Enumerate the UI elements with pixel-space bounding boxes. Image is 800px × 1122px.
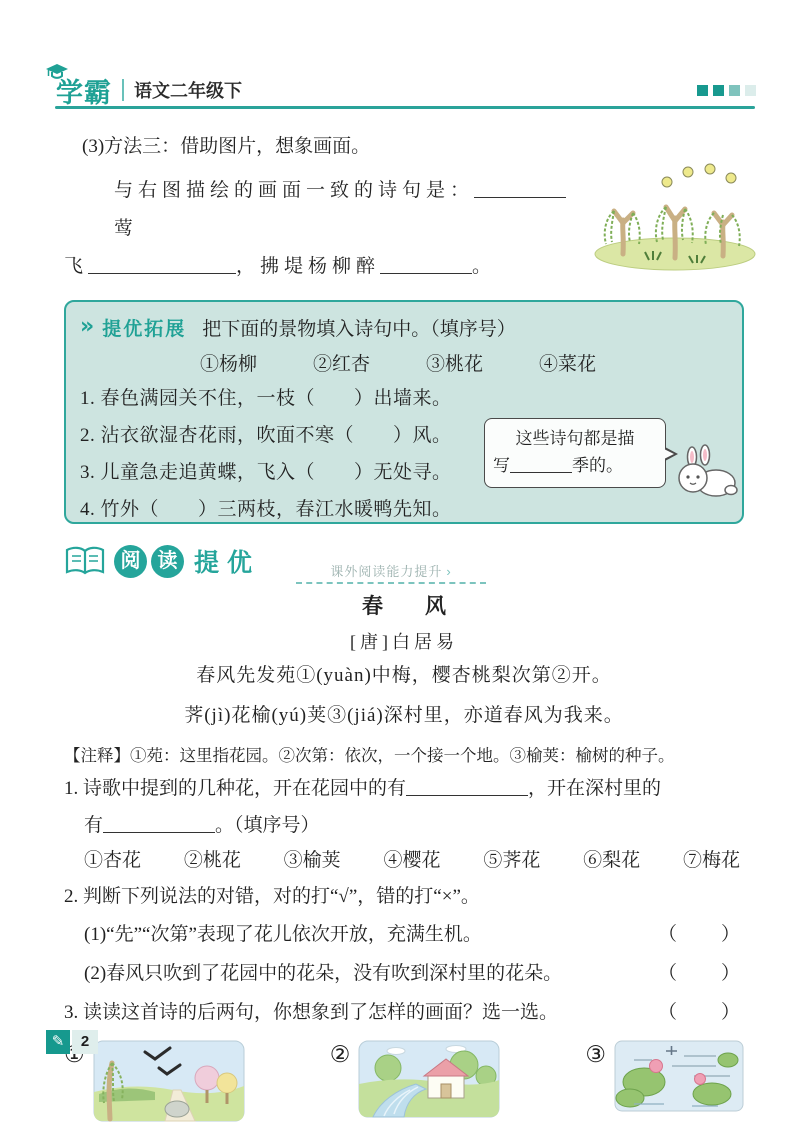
brand-logo: 学霸 语文二年级下 — [48, 71, 242, 110]
q2-heading: 2. 判断下列说法的对错，对的打“√”，错的打“×”。 — [64, 878, 744, 915]
page-header: 学霸 语文二年级下 — [48, 74, 756, 106]
exercise-item: 4. 竹外（ ）三两枝，春江水暖鸭先知。 — [80, 491, 728, 528]
option-item: ⑦梅花 — [683, 844, 740, 878]
brand-divider — [122, 79, 124, 101]
deco-square — [729, 85, 740, 96]
option-item: ①杏花 — [84, 844, 141, 878]
reading-circle-char: 读 — [151, 545, 184, 578]
question-3: 3. 读读这首诗的后两句，你想象到了怎样的画面？选一选。 （ ） ① — [64, 993, 744, 1122]
q1-line1: 1. 诗歌中提到的几种花，开在花园中的有，开在深村里的 — [64, 770, 744, 807]
lotus-pond-scene-image — [614, 1040, 744, 1112]
workbook-page: 学霸 语文二年级下 (3)方法三：借助图片，想象画面。 — [0, 0, 800, 1122]
tiyou-header-row: » 提优拓展 把下面的景物填入诗句中。（填序号） — [80, 310, 728, 344]
book-title: 语文二年级下 — [134, 77, 242, 103]
poem-line: 春风先发苑①(yuàn)中梅，樱杏桃梨次第②开。 — [64, 656, 744, 696]
question-text: 。（填序号） — [215, 815, 320, 836]
answer-blank — [474, 180, 566, 198]
willow-illustration — [587, 160, 762, 275]
answer-blank — [103, 815, 215, 833]
picture-choices: ① — [64, 1040, 744, 1122]
q1-options-row: ①杏花 ②桃花 ③榆荚 ④樱花 ⑤荠花 ⑥梨花 ⑦梅花 — [64, 844, 744, 878]
answer-blank — [406, 778, 528, 796]
deco-square — [745, 85, 756, 96]
reading-header-rest: 提优 — [194, 543, 260, 579]
tiyou-instruction: 把下面的景物填入诗句中。（填序号） — [202, 314, 516, 341]
deco-square — [713, 85, 724, 96]
choice-label: ③ — [585, 1040, 606, 1070]
answer-blank — [88, 256, 236, 274]
question-text: 3. 读读这首诗的后两句，你想象到了怎样的画面？选一选。 — [64, 993, 558, 1032]
pencil-icon: ✎ — [46, 1030, 70, 1054]
option-item: ②桃花 — [184, 844, 241, 878]
sentence-text: 与右图描绘的画面一致的诗句是： — [114, 180, 474, 201]
graduation-cap-icon — [44, 61, 70, 81]
answer-parentheses: （ ） — [658, 954, 744, 993]
option-item: ⑤荠花 — [483, 844, 540, 878]
question-text: 有 — [84, 815, 103, 836]
speech-bubble: 这些诗句都是描 写季的。 — [484, 418, 666, 488]
reading-header-subtitle: 课外阅读能力提升› — [296, 561, 486, 584]
bubble-text-post: 季的。 — [572, 456, 623, 475]
subtitle-arrow-icon: › — [446, 564, 451, 579]
tiyou-expansion-box: » 提优拓展 把下面的景物填入诗句中。（填序号） ①杨柳 ②红杏 ③桃花 ④菜花… — [64, 300, 744, 524]
deco-square — [697, 85, 708, 96]
picture-choice-3: ③ — [585, 1040, 744, 1112]
poem-notes: 【注释】①苑：这里指花园。②次第：依次，一个接一个地。③榆荚：榆树的种子。 — [64, 742, 744, 770]
sentence-text: 飞 — [64, 256, 88, 277]
house-by-river-scene-image — [358, 1040, 500, 1118]
poem-line: 荠(jì)花榆(yú)荚③(jiá)深村里，亦道春风为我来。 — [64, 696, 744, 736]
question-1: 1. 诗歌中提到的几种花，开在花园中的有，开在深村里的 有。（填序号） ①杏花 … — [64, 770, 744, 878]
option-item: ①杨柳 — [200, 349, 257, 376]
spring-swallows-scene-image — [93, 1040, 245, 1122]
header-decoration-squares — [697, 85, 756, 96]
poem-title: 春 风 — [64, 592, 744, 620]
judge-item: (1)“先”“次第”表现了花儿依次开放，充满生机。 （ ） — [64, 915, 744, 954]
sentence-text: 。 — [472, 256, 496, 277]
sentence-text: ，拂堤杨柳醉 — [236, 256, 380, 277]
page-footer: ✎ 2 — [46, 1030, 98, 1054]
choice-label: ② — [330, 1040, 351, 1070]
bubble-text: 写季的。 — [493, 452, 657, 480]
answer-parentheses: （ ） — [658, 915, 744, 954]
reading-section-header: 阅 读 提优 课外阅读能力提升› — [64, 538, 744, 584]
question-text: 1. 诗歌中提到的几种花，开在花园中的有 — [64, 778, 406, 799]
exercise-item: 1. 春色满园关不住，一枝（ ）出墙来。 — [80, 380, 728, 417]
option-item: ③桃花 — [426, 349, 483, 376]
option-item: ④樱花 — [383, 844, 440, 878]
double-arrow-icon: » — [80, 316, 94, 338]
question-text: ，开在深村里的 — [528, 778, 661, 799]
method3-sentence-line2: 飞，拂堤杨柳醉。 — [64, 248, 569, 286]
method3-heading: (3)方法三：借助图片，想象画面。 — [64, 132, 744, 162]
answer-blank — [510, 457, 572, 473]
option-item: ②红杏 — [313, 349, 370, 376]
poem-author: [唐]白居易 — [64, 628, 744, 656]
header-rule — [55, 106, 755, 109]
answer-parentheses: （ ） — [658, 993, 744, 1032]
option-item: ⑥梨花 — [583, 844, 640, 878]
poem-block: 春 风 [唐]白居易 春风先发苑①(yuàn)中梅，樱杏桃梨次第②开。 荠(jì… — [64, 592, 744, 736]
answer-blank — [380, 256, 472, 274]
page-number: 2 — [72, 1030, 98, 1054]
tiyou-tag: 提优拓展 — [102, 314, 186, 341]
bubble-text-pre: 写 — [493, 456, 510, 475]
option-item: ④菜花 — [539, 349, 596, 376]
judge-item: (2)春风只吹到了花园中的花朵，没有吹到深村里的花朵。 （ ） — [64, 954, 744, 993]
rabbit-illustration — [664, 444, 742, 502]
picture-choice-2: ② — [330, 1040, 501, 1118]
judge-text: (2)春风只吹到了花园中的花朵，没有吹到深村里的花朵。 — [64, 954, 562, 993]
subtitle-text: 课外阅读能力提升 — [330, 564, 442, 579]
tiyou-options-row: ①杨柳 ②红杏 ③桃花 ④菜花 — [80, 344, 728, 380]
method3-sentence-line1: 与右图描绘的画面一致的诗句是：莺 — [64, 172, 569, 248]
q3-heading-row: 3. 读读这首诗的后两句，你想象到了怎样的画面？选一选。 （ ） — [64, 993, 744, 1032]
section-method3: (3)方法三：借助图片，想象画面。 — [64, 132, 744, 286]
option-item: ③榆荚 — [284, 844, 341, 878]
page-content: (3)方法三：借助图片，想象画面。 — [64, 118, 744, 1122]
question-2: 2. 判断下列说法的对错，对的打“√”，错的打“×”。 (1)“先”“次第”表现… — [64, 878, 744, 993]
judge-text: (1)“先”“次第”表现了花儿依次开放，充满生机。 — [64, 915, 482, 954]
q1-line2: 有。（填序号） — [64, 807, 744, 844]
open-book-icon — [64, 545, 106, 577]
bubble-text: 这些诗句都是描 — [493, 426, 657, 452]
sentence-text: 莺 — [114, 218, 138, 239]
reading-circle-char: 阅 — [114, 545, 147, 578]
